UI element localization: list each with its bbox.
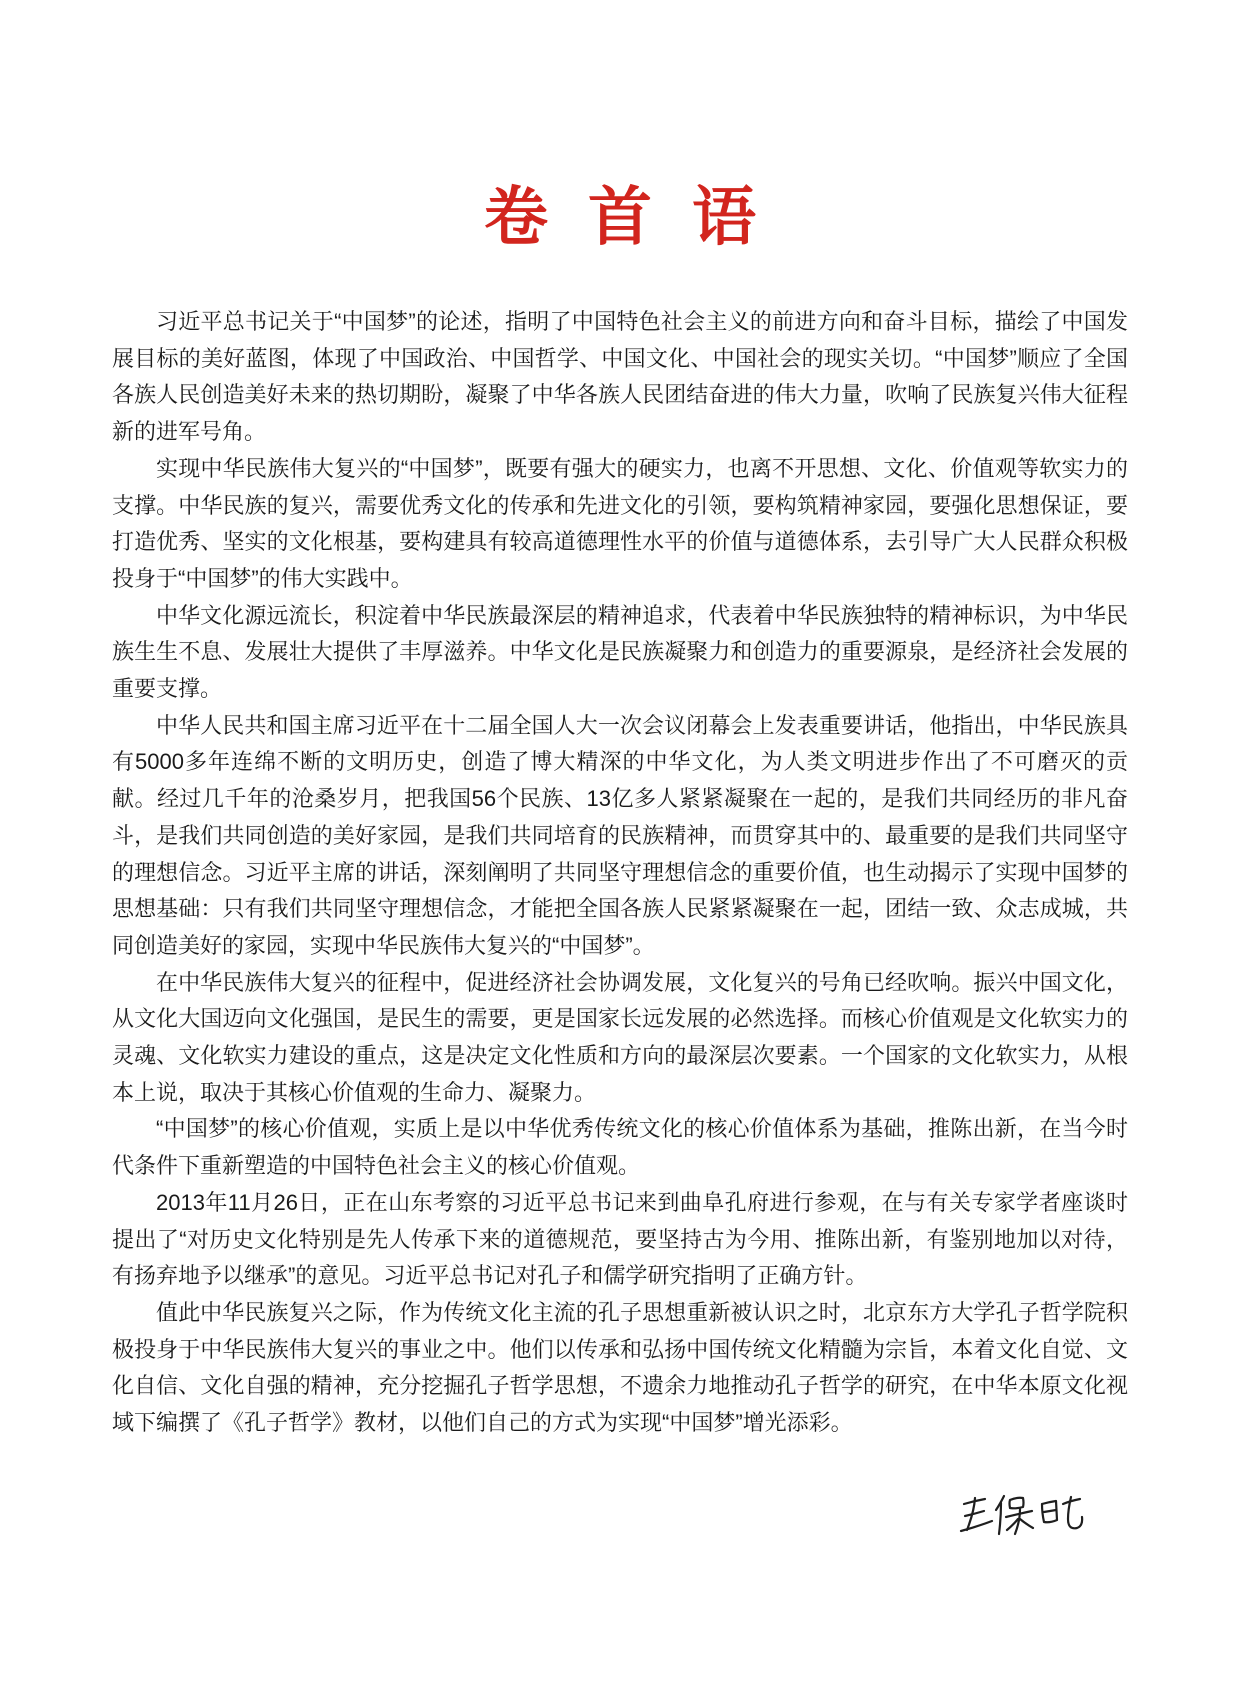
document-page: 卷首语 习近平总书记关于“中国梦”的论述，指明了中国特色社会主义的前进方向和奋斗… bbox=[0, 0, 1240, 1683]
paragraph: 中华文化源远流长，积淀着中华民族最深层的精神追求，代表着中华民族独特的精神标识，… bbox=[112, 598, 1128, 708]
body-text-block: 习近平总书记关于“中国梦”的论述，指明了中国特色社会主义的前进方向和奋斗目标，描… bbox=[112, 304, 1128, 1442]
paragraph: 值此中华民族复兴之际，作为传统文化主流的孔子思想重新被认识之时，北京东方大学孔子… bbox=[112, 1295, 1128, 1442]
paragraph: 实现中华民族伟大复兴的“中国梦”，既要有强大的硬实力，也离不开思想、文化、价值观… bbox=[112, 451, 1128, 598]
paragraph: 2013年11月26日，正在山东考察的习近平总书记来到曲阜孔府进行参观，在与有关… bbox=[112, 1185, 1128, 1295]
paragraph: 中华人民共和国主席习近平在十二届全国人大一次会议闭幕会上发表重要讲话，他指出，中… bbox=[112, 708, 1128, 965]
page-title: 卷首语 bbox=[0, 181, 1240, 255]
paragraph: “中国梦”的核心价值观，实质上是以中华优秀传统文化的核心价值体系为基础，推陈出新… bbox=[112, 1111, 1128, 1184]
paragraph: 在中华民族伟大复兴的征程中，促进经济社会协调发展，文化复兴的号角已经吹响。振兴中… bbox=[112, 965, 1128, 1112]
paragraph: 习近平总书记关于“中国梦”的论述，指明了中国特色社会主义的前进方向和奋斗目标，描… bbox=[112, 304, 1128, 451]
signature-handwriting bbox=[956, 1488, 1090, 1546]
